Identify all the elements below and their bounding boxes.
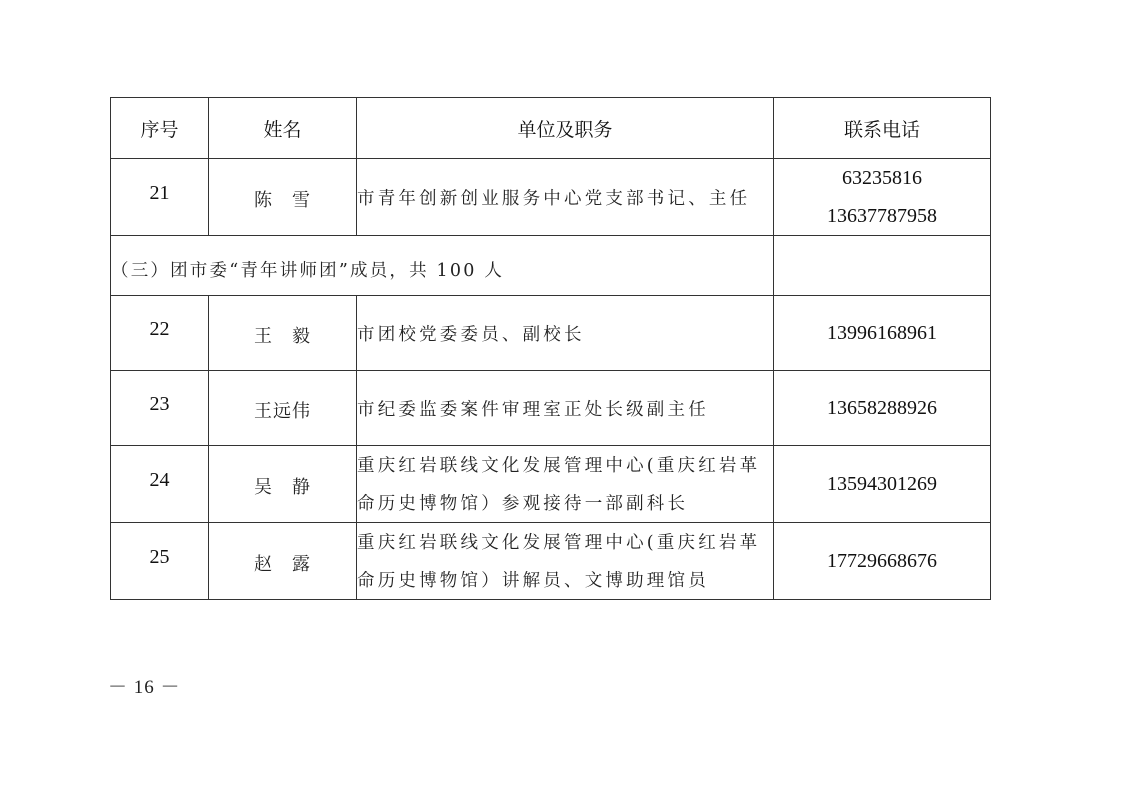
header-unit: 单位及职务 xyxy=(357,98,774,159)
header-phone: 联系电话 xyxy=(774,98,991,159)
document-page: 序号 姓名 单位及职务 联系电话 21 陈 雪 市青年创新创业服务中心党支部书记… xyxy=(0,0,1122,793)
row-unit: 市青年创新创业服务中心党支部书记、主任 xyxy=(357,189,750,209)
row-unit: 重庆红岩联线文化发展管理中心(重庆红岩革命历史博物馆）讲解员、文博助理馆员 xyxy=(357,533,760,591)
row-phone-cell: 13996168961 xyxy=(774,296,991,371)
row-name-cell: 王 毅 xyxy=(209,296,357,371)
table-row: 21 陈 雪 市青年创新创业服务中心党支部书记、主任 63235816 1363… xyxy=(111,159,991,236)
row-unit: 重庆红岩联线文化发展管理中心(重庆红岩革命历史博物馆）参观接待一部副科长 xyxy=(357,456,760,514)
row-name: 赵 露 xyxy=(254,554,311,575)
row-name: 吴 静 xyxy=(254,477,311,498)
row-name: 陈 雪 xyxy=(254,190,311,211)
header-index: 序号 xyxy=(111,98,209,159)
row-index-cell: 21 xyxy=(111,159,209,236)
row-unit-cell: 重庆红岩联线文化发展管理中心(重庆红岩革命历史博物馆）讲解员、文博助理馆员 xyxy=(357,523,774,600)
row-name-cell: 王远伟 xyxy=(209,371,357,446)
row-name-cell: 陈 雪 xyxy=(209,159,357,236)
row-unit-cell: 市纪委监委案件审理室正处长级副主任 xyxy=(357,371,774,446)
row-index-cell: 23 xyxy=(111,371,209,446)
row-index: 22 xyxy=(150,318,170,340)
row-index-cell: 22 xyxy=(111,296,209,371)
row-phone: 13594301269 xyxy=(774,465,990,503)
row-phone-cell: 17729668676 xyxy=(774,523,991,600)
row-name-cell: 吴 静 xyxy=(209,446,357,523)
section-row: （三）团市委“青年讲师团”成员，共 100 人 xyxy=(111,236,991,296)
row-index: 21 xyxy=(150,182,170,204)
section-title-cell: （三）团市委“青年讲师团”成员，共 100 人 xyxy=(111,236,774,296)
section-phone-cell xyxy=(774,236,991,296)
table-row: 22 王 毅 市团校党委委员、副校长 13996168961 xyxy=(111,296,991,371)
row-phone: 13996168961 xyxy=(774,314,990,352)
row-name: 王远伟 xyxy=(254,401,311,422)
header-name: 姓名 xyxy=(209,98,357,159)
row-unit: 市团校党委委员、副校长 xyxy=(357,325,585,345)
row-phone-cell: 13594301269 xyxy=(774,446,991,523)
row-phone-cell: 13658288926 xyxy=(774,371,991,446)
row-index-cell: 24 xyxy=(111,446,209,523)
roster-table: 序号 姓名 单位及职务 联系电话 21 陈 雪 市青年创新创业服务中心党支部书记… xyxy=(110,97,991,600)
table-row: 23 王远伟 市纪委监委案件审理室正处长级副主任 13658288926 xyxy=(111,371,991,446)
row-index-cell: 25 xyxy=(111,523,209,600)
row-unit-cell: 市团校党委委员、副校长 xyxy=(357,296,774,371)
table-row: 24 吴 静 重庆红岩联线文化发展管理中心(重庆红岩革命历史博物馆）参观接待一部… xyxy=(111,446,991,523)
row-unit: 市纪委监委案件审理室正处长级副主任 xyxy=(357,400,709,420)
row-phone-landline: 63235816 xyxy=(774,159,990,197)
row-index: 23 xyxy=(150,393,170,415)
row-phone: 13658288926 xyxy=(774,389,990,427)
table-row: 25 赵 露 重庆红岩联线文化发展管理中心(重庆红岩革命历史博物馆）讲解员、文博… xyxy=(111,523,991,600)
table-header-row: 序号 姓名 单位及职务 联系电话 xyxy=(111,98,991,159)
page-number: － 16 － xyxy=(108,672,181,699)
row-phone-mobile: 13637787958 xyxy=(774,197,990,235)
row-unit-cell: 市青年创新创业服务中心党支部书记、主任 xyxy=(357,159,774,236)
row-unit-cell: 重庆红岩联线文化发展管理中心(重庆红岩革命历史博物馆）参观接待一部副科长 xyxy=(357,446,774,523)
row-name-cell: 赵 露 xyxy=(209,523,357,600)
row-phone-cell: 63235816 13637787958 xyxy=(774,159,991,236)
row-phone: 17729668676 xyxy=(774,542,990,580)
row-name: 王 毅 xyxy=(254,326,311,347)
section-title: （三）团市委“青年讲师团”成员，共 100 人 xyxy=(111,261,504,281)
row-index: 25 xyxy=(150,546,170,568)
row-index: 24 xyxy=(150,469,170,491)
